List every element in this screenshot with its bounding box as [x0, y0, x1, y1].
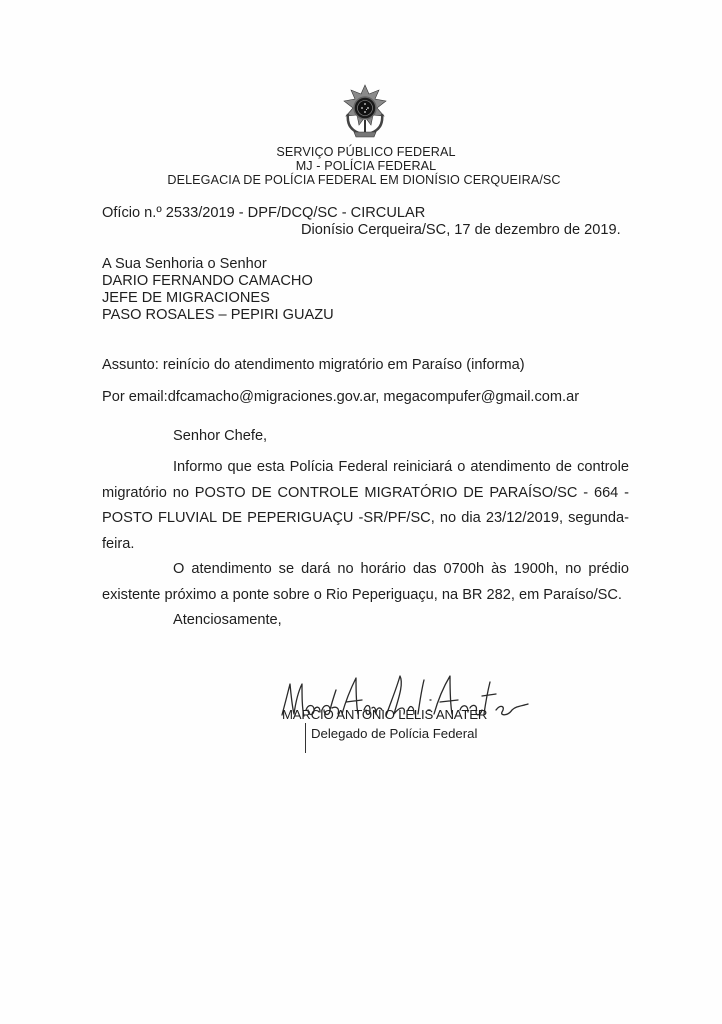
document-page: SERVIÇO PÚBLICO FEDERAL MJ - POLÍCIA FED…: [0, 0, 722, 1024]
body-paragraph-1-text: Informo que esta Polícia Federal reinici…: [102, 459, 629, 552]
closing: Atenciosamente,: [173, 611, 282, 629]
brazil-coat-of-arms-icon: [340, 84, 390, 142]
header-line-delegacia: DELEGACIA DE POLÍCIA FEDERAL EM DIONÍSIO…: [3, 173, 722, 188]
recipient-location: PASO ROSALES – PEPIRI GUAZU: [102, 306, 334, 324]
subject-line: Assunto: reinício do atendimento migrató…: [102, 356, 525, 374]
place-date: Dionísio Cerqueira/SC, 17 de dezembro de…: [301, 221, 621, 239]
greeting: Senhor Chefe,: [173, 427, 267, 445]
body-paragraph-1: Informo que esta Polícia Federal reinici…: [102, 455, 629, 557]
header-line-service: SERVIÇO PÚBLICO FEDERAL: [5, 145, 722, 160]
recipient-name: DARIO FERNANDO CAMACHO: [102, 272, 313, 290]
header-line-ministry: MJ - POLÍCIA FEDERAL: [5, 159, 722, 174]
body-paragraph-2: O atendimento se dará no horário das 070…: [102, 557, 629, 608]
email-line: Por email:dfcamacho@migraciones.gov.ar, …: [102, 388, 579, 406]
signature-stroke-line: [305, 723, 306, 753]
recipient-salutation: A Sua Senhoria o Senhor: [102, 255, 267, 273]
signer-role: Delegado de Polícia Federal: [311, 726, 477, 741]
signer-name: MARCIO ANTONIO LELIS ANATER: [282, 707, 487, 722]
body-paragraph-2-text: O atendimento se dará no horário das 070…: [102, 561, 629, 603]
oficio-number: Ofício n.º 2533/2019 - DPF/DCQ/SC - CIRC…: [102, 204, 425, 222]
recipient-title: JEFE DE MIGRACIONES: [102, 289, 270, 307]
